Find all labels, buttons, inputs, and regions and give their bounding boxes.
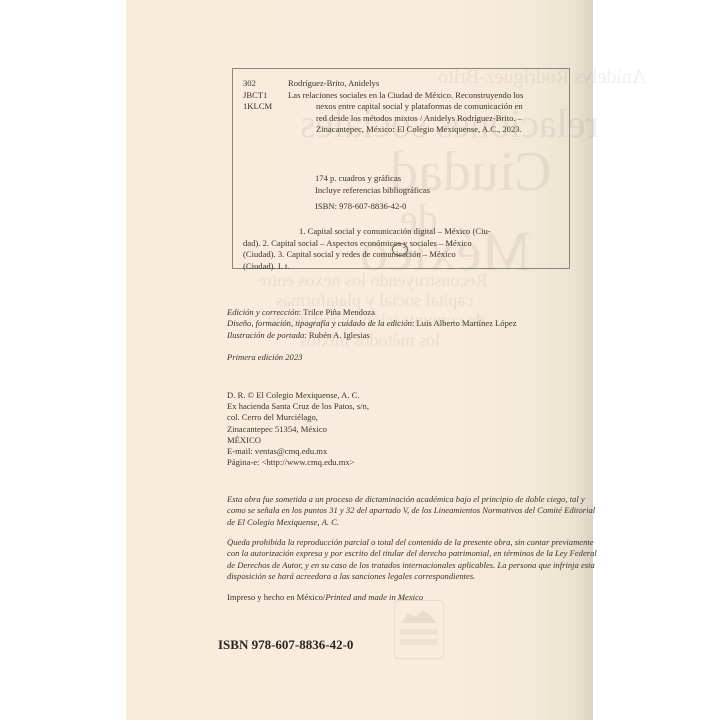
circle-mark-icon: [392, 243, 408, 256]
code: JBCT1: [243, 90, 272, 102]
notice-line: de Derechos de Autor, y en su caso de lo…: [227, 560, 571, 571]
address-line: D. R. © El Colegio Mexiquense, A. C.: [227, 390, 369, 401]
catalog-note: Incluye referencias bibliográficas: [315, 185, 430, 197]
notice-line: de El Colegio Mexiquense, A. C.: [227, 517, 571, 528]
address-line: Zinacantepec 51354, México: [227, 424, 369, 435]
notice-line: como se señala en los puntos 31 y 32 del…: [227, 505, 571, 516]
subject-line: (Ciudad). 3. Capital social y redes de c…: [215, 249, 559, 261]
catalog-note: 174 p. cuadros y gráficas: [315, 173, 430, 185]
catalog-record-box: 302 JBCT1 1KLCM Rodríguez-Brito, Anidely…: [232, 68, 570, 269]
code: 302: [243, 78, 272, 90]
catalog-title-line: Zinacantepec, México: El Colegio Mexique…: [288, 124, 558, 136]
catalog-isbn: ISBN: 978-607-8836-42-0: [315, 201, 406, 213]
subject-line: dad). 2. Capital social – Aspectos econó…: [215, 238, 559, 250]
isbn-footer: ISBN 978-607-8836-42-0: [218, 637, 353, 653]
email-line: E-mail: ventas@cmq.edu.mx: [227, 446, 369, 457]
catalog-title-line: nexos entre capital social y plataformas…: [288, 101, 558, 113]
credit-editing: Edición y corrección: Trilce Piña Mendoz…: [227, 307, 517, 318]
catalog-author: Rodríguez-Brito, Anidelys: [288, 78, 558, 90]
classification-codes: 302 JBCT1 1KLCM: [243, 78, 272, 113]
website-line: Página-e: <http://www.cmq.edu.mx>: [227, 457, 369, 468]
address-line: MÉXICO: [227, 435, 369, 446]
main-entry: Rodríguez-Brito, Anidelys Las relaciones…: [288, 78, 558, 136]
publisher-logo-show-through-icon: [394, 600, 444, 659]
peer-review-notice: Esta obra fue sometida a un proceso de d…: [227, 494, 571, 528]
subject-line: (Ciudad). I. t.: [215, 261, 559, 273]
address-line: Ex hacienda Santa Cruz de los Patos, s/n…: [227, 401, 369, 412]
credits: Edición y corrección: Trilce Piña Mendoz…: [227, 307, 517, 341]
subject-line: 1. Capital social y comunicación digital…: [243, 226, 559, 238]
catalog-notes: 174 p. cuadros y gráficas Incluye refere…: [315, 173, 430, 196]
publisher-address: D. R. © El Colegio Mexiquense, A. C. Ex …: [227, 390, 369, 468]
credit-illustration: Ilustración de portada: Rubén A. Iglesia…: [227, 330, 517, 341]
address-line: col. Cerro del Murciélago,: [227, 412, 369, 423]
notice-line: Esta obra fue sometida a un proceso de d…: [227, 494, 571, 505]
notice-line: Queda prohibida la reproducción parcial …: [227, 537, 571, 548]
code: 1KLCM: [243, 101, 272, 113]
catalog-title-line: red desde los métodos mixtos / Anidelys …: [288, 113, 558, 125]
catalog-title-line: Las relaciones sociales en la Ciudad de …: [288, 90, 558, 102]
notice-line: disposición se hará acreedora a las sanc…: [227, 571, 571, 582]
edition-statement: Primera edición 2023: [227, 352, 302, 363]
notice-line: con la autorización expresa y por escrit…: [227, 548, 571, 559]
rights-notice: Queda prohibida la reproducción parcial …: [227, 537, 571, 583]
credit-design: Diseño, formación, tipografía y cuidado …: [227, 318, 517, 329]
